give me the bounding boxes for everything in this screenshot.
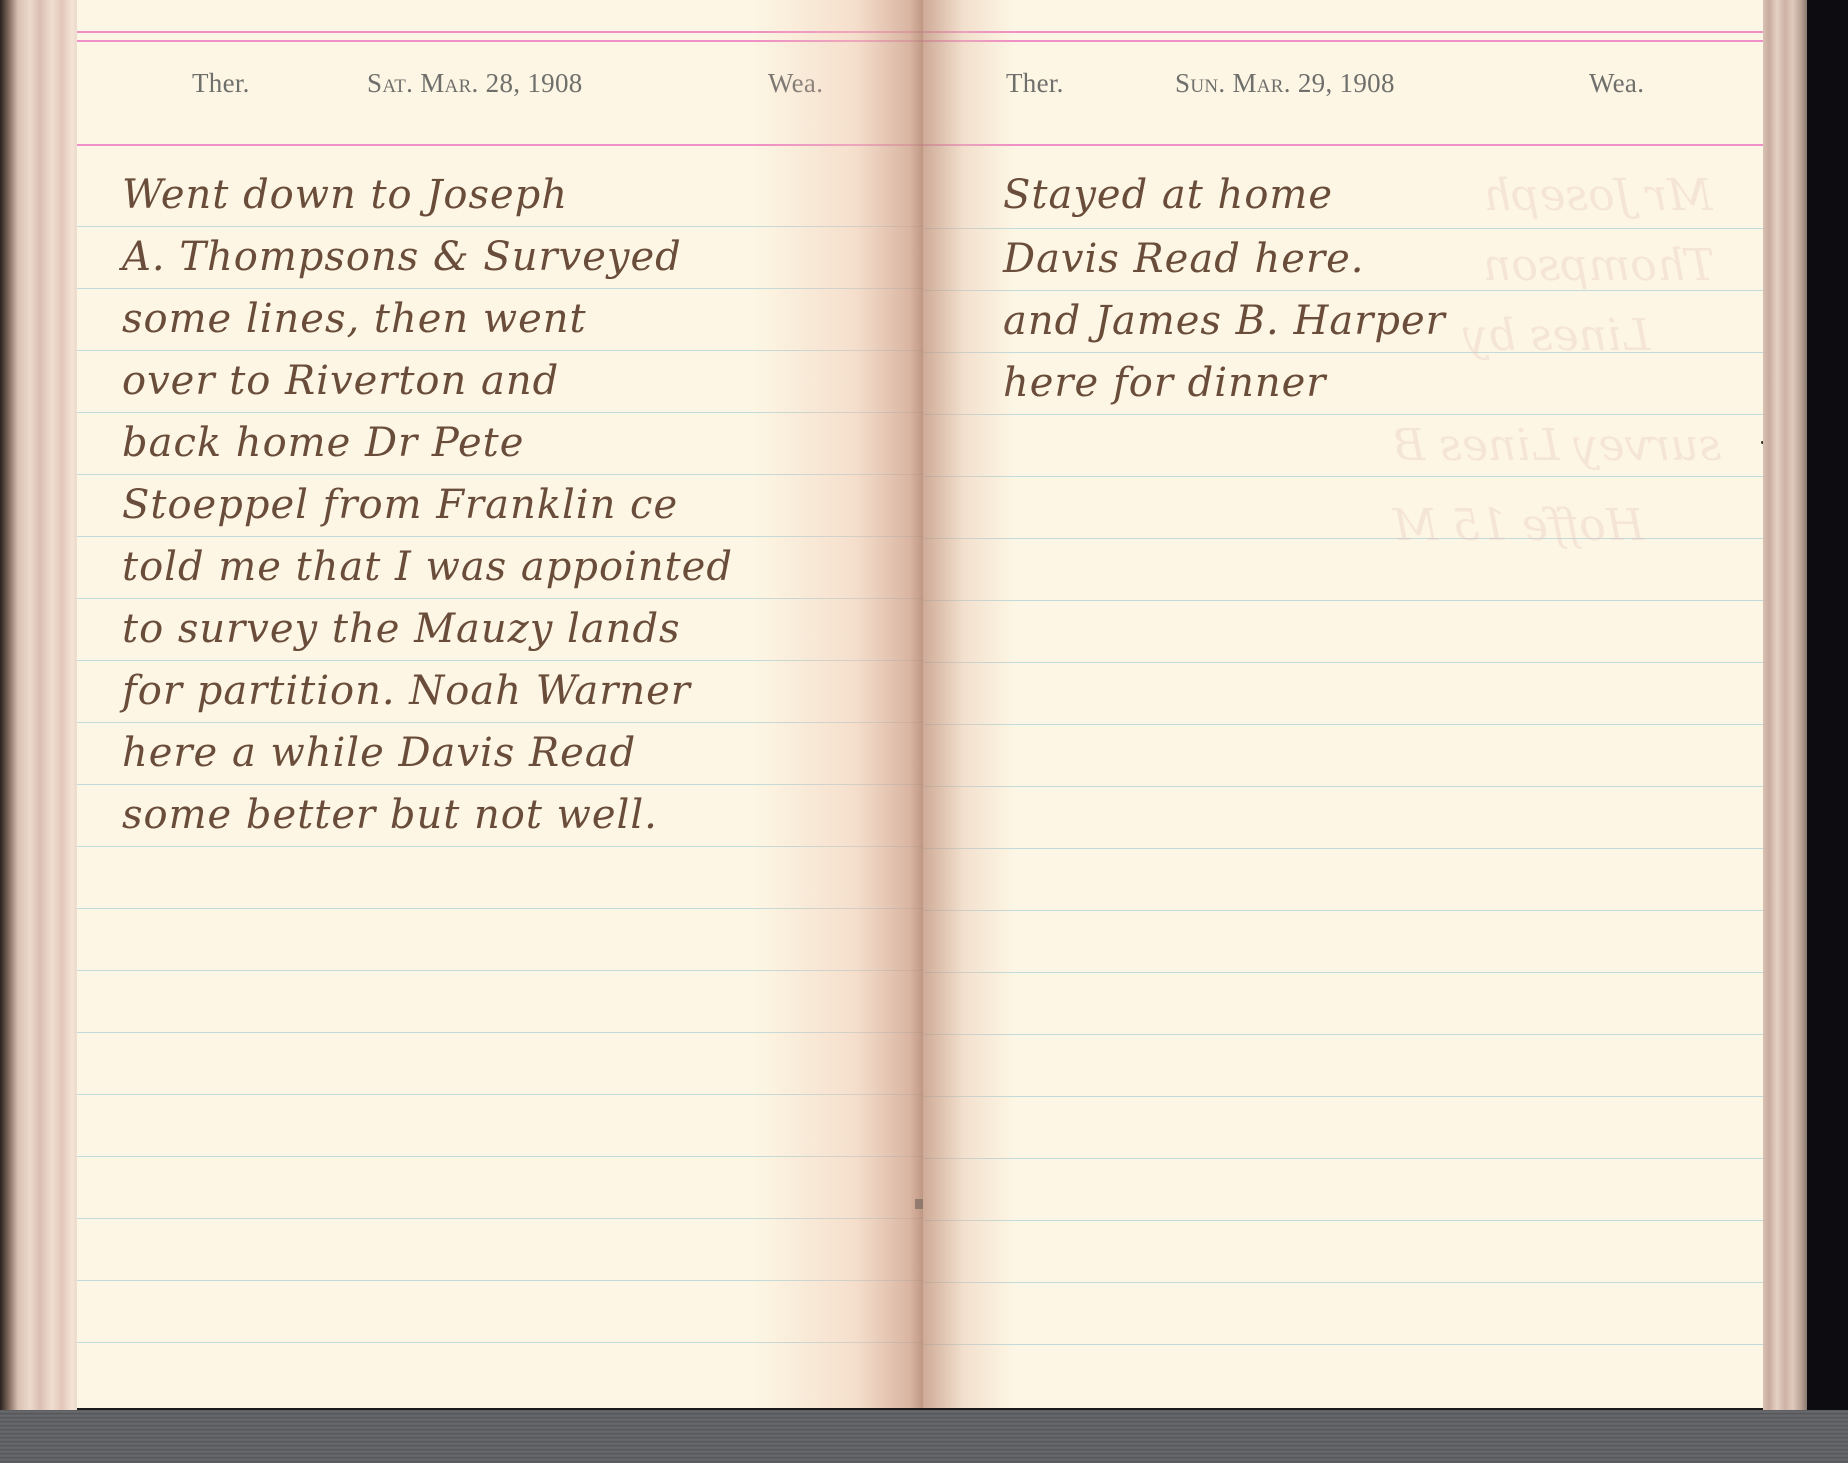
- book-cover-edge: [1807, 0, 1848, 1463]
- header-rule-top-1: [923, 31, 1763, 33]
- entry-line: to survey the Mauzy lands: [77, 606, 681, 652]
- ther-label: Ther.: [192, 68, 250, 99]
- gutter-shadow-left: [753, 0, 923, 1408]
- left-page: Ther. Sat. Mar. 28, 1908 Wea. Went down …: [77, 0, 923, 1408]
- entry-line: for partition. Noah Warner: [77, 668, 691, 714]
- date-label: Sat. Mar. 28, 1908: [367, 68, 583, 99]
- entry-line: Went down to Joseph: [77, 172, 568, 218]
- entry-line: told me that I was appointed: [77, 544, 733, 590]
- entry-line: here a while Davis Read: [77, 730, 636, 776]
- binding-thread-mark: [915, 1199, 923, 1209]
- wea-label: Wea.: [1589, 68, 1644, 99]
- date-label: Sun. Mar. 29, 1908: [1175, 68, 1395, 99]
- right-page-stack-edge: [1763, 0, 1807, 1412]
- entry-line: Stoeppel from Franklin ce: [77, 482, 678, 528]
- entry-line: A. Thompsons & Surveyed: [77, 234, 682, 280]
- left-page-stack-edge: [0, 0, 77, 1410]
- ther-label: Ther.: [1006, 68, 1064, 99]
- entry-line: over to Riverton and: [77, 358, 559, 404]
- book-bottom-edge: [0, 1410, 1848, 1463]
- header-rule-bottom: [923, 144, 1763, 146]
- header-rule-top-2: [923, 40, 1763, 42]
- entry-line: back home Dr Pete: [77, 420, 524, 466]
- right-page: Ther. Sun. Mar. 29, 1908 Wea. Mr Joseph …: [923, 0, 1763, 1408]
- open-diary: Ther. Sat. Mar. 28, 1908 Wea. Went down …: [0, 0, 1848, 1463]
- entry-line: some lines, then went: [77, 296, 587, 342]
- entry-line: some better but not well.: [77, 792, 658, 838]
- gutter-shadow-right: [923, 0, 1013, 1408]
